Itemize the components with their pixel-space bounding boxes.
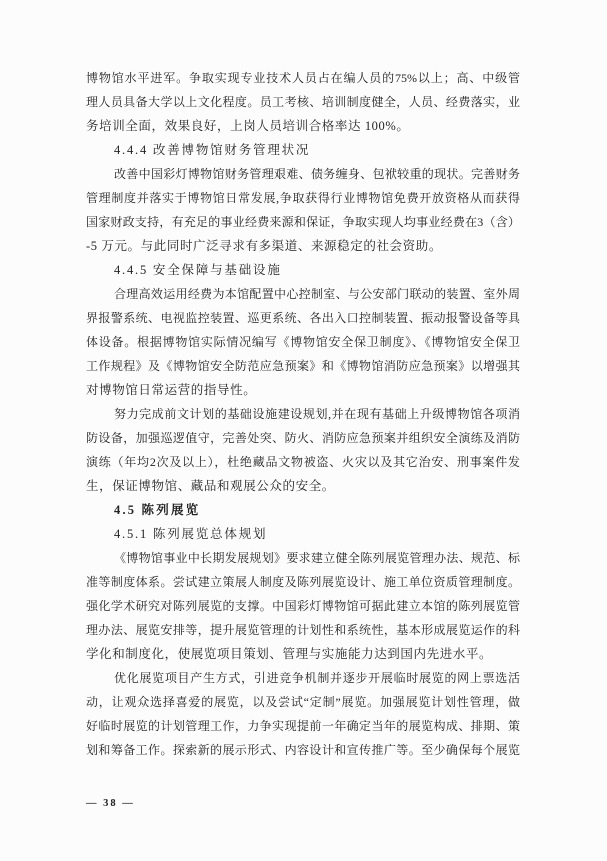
text-line: 优化展览项目产生方式，引进竞争机制并逐步开展临时展览的网上票选活 — [86, 666, 520, 690]
text-line: 理办法、展览安排等，提升展览管理的计划性和系统性，基本形成展览运作的科 — [86, 618, 520, 642]
text-line: 生，保证博物馆、藏品和观展公众的安全。 — [86, 474, 520, 498]
text-line: 工作规程》及《博物馆安全防范应急预案》和《博物馆消防应急预案》以增强其 — [86, 354, 520, 378]
text-line: 管理制度并落实于博物馆日常发展,争取获得行业博物馆免费开放资格从而获得 — [86, 186, 520, 210]
page-number: — 38 — — [86, 797, 135, 811]
text-line: 防设备，加强巡逻值守，完善处突、防火、消防应急预案并组织安全演练及消防 — [86, 426, 520, 450]
section-heading: 4.5 陈列展览 — [86, 498, 520, 522]
text-line: 体设备。根据博物馆实际情况编写《博物馆安全保卫制度》、《博物馆安全保卫 — [86, 330, 520, 354]
text-line: 学化和制度化，使展览项目策划、管理与实施能力达到国内先进水平。 — [86, 642, 520, 666]
document-page: 博物馆水平进军。争取实现专业技术人员占在编人员的75%以上；高、中级管理人员具备… — [0, 0, 607, 861]
text-line: 好临时展览的计划管理工作，力争实现提前一年确定当年的展览构成、排期、策 — [86, 714, 520, 738]
text-line: 界报警系统、电视监控装置、巡更系统、各出入口控制装置、振动报警设备等具 — [86, 306, 520, 330]
text-line: 动，让观众选择喜爱的展览，以及尝试“定制”展览。加强展览计划性管理，做 — [86, 690, 520, 714]
text-line: 对博物馆日常运营的指导性。 — [86, 378, 520, 402]
text-line: 务培训全面，效果良好，上岗人员培训合格率达 100%。 — [86, 114, 520, 138]
text-line: 博物馆水平进军。争取实现专业技术人员占在编人员的75%以上；高、中级管 — [86, 66, 520, 90]
section-heading: 4.4.4 改善博物馆财务管理状况 — [86, 138, 520, 162]
text-line: 准等制度体系。尝试建立策展人制度及陈列展览设计、施工单位资质管理制度。 — [86, 570, 520, 594]
section-heading: 4.5.1 陈列展览总体规划 — [86, 522, 520, 546]
text-line: 演练（年均2次及以上），杜绝藏品文物被盗、火灾以及其它治安、刑事案件发 — [86, 450, 520, 474]
text-line: 理人员具备大学以上文化程度。员工考核、培训制度健全，人员、经费落实，业 — [86, 90, 520, 114]
text-line: 《博物馆事业中长期发展规划》要求建立健全陈列展览管理办法、规范、标 — [86, 546, 520, 570]
text-line: 合理高效运用经费为本馆配置中心控制室、与公安部门联动的装置、室外周 — [86, 282, 520, 306]
text-line: 改善中国彩灯博物馆财务管理艰难、债务缠身、包袱较重的现状。完善财务 — [86, 162, 520, 186]
text-line: 划和筹备工作。探索新的展示形式、内容设计和宣传推广等。至少确保每个展览 — [86, 738, 520, 762]
text-line: 强化学术研究对陈列展览的支撑。中国彩灯博物馆可据此建立本馆的陈列展览管 — [86, 594, 520, 618]
document-body: 博物馆水平进军。争取实现专业技术人员占在编人员的75%以上；高、中级管理人员具备… — [86, 66, 520, 762]
text-line: -5 万元。与此同时广泛寻求有多渠道、来源稳定的社会资助。 — [86, 234, 520, 258]
text-line: 国家财政支持，有充足的事业经费来源和保证，争取实现人均事业经费在3（含） — [86, 210, 520, 234]
section-heading: 4.4.5 安全保障与基础设施 — [86, 258, 520, 282]
text-line: 努力完成前文计划的基础设施建设规划,并在现有基础上升级博物馆各项消 — [86, 402, 520, 426]
